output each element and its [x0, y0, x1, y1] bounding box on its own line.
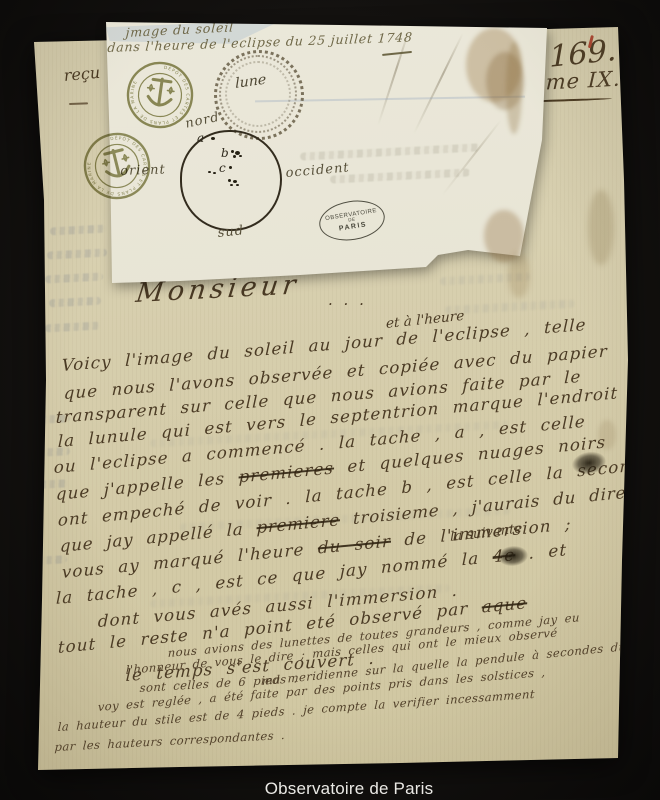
bleed-through-marks	[165, 261, 405, 282]
postscript-line: par les hauteurs correspondantes .	[54, 728, 285, 754]
volume-annotation: Tome IX.	[518, 67, 621, 96]
bleed-through-marks	[45, 322, 100, 333]
observatory-stamp: OBSERVATOIRE DE PARIS	[316, 196, 387, 245]
marine-anchor-stamp-icon: DÉPÔT DES CARTES ET PLANS DE LA MARINE	[120, 55, 199, 134]
bleed-through-marks	[330, 168, 470, 183]
observatory-stamp-text: OBSERVATOIRE	[325, 207, 378, 222]
letter-line: la lunule qui est vers le septentrion ma…	[58, 383, 619, 451]
sunspot-label-a: a	[197, 131, 204, 145]
bleed-through-marks	[150, 584, 450, 608]
sunspot	[233, 180, 237, 183]
crease-line	[413, 33, 463, 134]
bleed-through-marks	[445, 300, 575, 315]
moon-circle-inner	[225, 61, 291, 127]
moon-circle-inner	[219, 55, 297, 133]
letter-line: la tache , c , est ce que jay nommé la 4…	[56, 540, 567, 608]
letter-line: ont empeché de voir . la tache b , est c…	[58, 452, 660, 530]
compass-south-label: sud	[217, 223, 245, 241]
letter-line: vous ay marqué l'heure du soir de l'imme…	[62, 514, 572, 582]
sunspot	[228, 179, 231, 182]
paper-discoloration	[106, 20, 286, 44]
letter-paper: reçu 169. Tome IX. Monsieur . . . et à l…	[0, 0, 660, 800]
letter-line: Voicy l'image du soleil au jour de l'ecl…	[61, 315, 586, 375]
sunspot	[235, 151, 240, 155]
sunspot	[236, 184, 239, 186]
stain	[598, 420, 616, 450]
ink-underline	[382, 51, 412, 56]
salutation: Monsieur	[134, 270, 301, 309]
ink-blot	[570, 449, 607, 477]
letter-line: dont vous avés aussi l'immersion .	[98, 581, 459, 631]
bleed-through-marks	[38, 447, 70, 457]
letter-line: le temps s'est couvert .	[125, 649, 375, 685]
moon-label: lune	[235, 72, 267, 92]
crease-line	[442, 120, 502, 196]
sunspot	[239, 155, 242, 157]
postscript-line: la hauteur du stile est de 4 pieds . je …	[58, 687, 536, 734]
sunspot	[211, 137, 215, 140]
bleed-through-marks	[50, 225, 106, 236]
letter-line: que jay appellé la premiere troisieme , …	[60, 472, 660, 556]
bleed-through-marks	[37, 555, 67, 565]
letter-line: transparent sur celle que nous avions fa…	[55, 367, 581, 427]
note-caption-line1: jmage du soleil	[125, 19, 234, 40]
moon-circle	[214, 50, 304, 140]
ink-dash	[69, 102, 88, 105]
bleed-through-marks	[300, 143, 480, 160]
stain	[506, 42, 522, 134]
photo-caption: Observatoire de Paris	[19, 779, 660, 799]
folio-number: 169.	[549, 33, 617, 75]
interline-insertion: la suivante	[450, 521, 522, 545]
bleed-through-marks	[47, 248, 107, 259]
postscript-line: voy est reglée , a été faite par des poi…	[98, 665, 546, 714]
letter-line: tout le reste n'a point eté observé par …	[58, 593, 527, 657]
letter-line: que j'appelle les premieres et quelques …	[56, 433, 606, 504]
sunspot	[229, 166, 232, 169]
ink-blot	[497, 545, 529, 568]
observatory-stamp-text: DE	[348, 217, 356, 223]
postscript-line: ma meridienne sur la quelle la pendule à…	[262, 633, 660, 688]
note-paper: jmage du soleil dans l'heure de l'eclips…	[0, 0, 660, 800]
postscript-line: l'honneur de vous le dire ; mais celles …	[126, 626, 558, 677]
sunspot	[230, 184, 233, 186]
stain	[508, 252, 530, 298]
compass-west-label: occident	[285, 160, 350, 181]
sunspot-label-c: c	[219, 161, 226, 175]
received-annotation: reçu	[63, 63, 101, 85]
postscript-line: sont celles de 6 pieds .	[139, 671, 298, 695]
sunspot	[213, 172, 216, 174]
note-caption-line2: dans l'heure de l'eclipse du 25 juillet …	[107, 29, 413, 55]
ruled-line	[255, 96, 525, 102]
bleed-through-marks	[140, 242, 430, 265]
bleed-through-marks	[180, 506, 510, 531]
sunspot	[231, 150, 234, 153]
stain	[466, 28, 522, 102]
bleed-through-marks	[40, 479, 68, 488]
bleed-through-marks	[150, 421, 510, 448]
sun-circle	[180, 130, 282, 231]
letter-line: ou l'eclipse a commencé . la tache , a ,…	[54, 412, 586, 477]
compass-north-label: nord	[184, 110, 221, 132]
archive-photo: reçu 169. Tome IX. Monsieur . . . et à l…	[0, 0, 660, 800]
stain	[486, 52, 524, 110]
bleed-through-marks	[40, 414, 70, 424]
crease-line	[377, 30, 409, 126]
svg-text:DÉPÔT DES CARTES ET PLANS DE L: DÉPÔT DES CARTES ET PLANS DE LA MARINE	[125, 59, 194, 130]
interline-insertion: et à l'heure	[386, 308, 464, 332]
bleed-through-marks	[49, 297, 101, 308]
sunspot	[208, 171, 211, 173]
marine-anchor-stamp-icon: DÉPÔT DES CARTES ET PLANS DE LA MARINE	[75, 124, 160, 209]
ink-underline	[516, 98, 612, 103]
letter-line: que nous l'avons observée et copiée avec…	[63, 342, 608, 403]
postscript-line: nous avions des lunettes de toutes grand…	[168, 610, 580, 660]
salutation-dots: . . .	[328, 291, 367, 309]
stain	[588, 190, 614, 265]
red-mark	[588, 35, 594, 48]
bleed-through-marks	[45, 272, 103, 283]
sunspot	[233, 155, 236, 158]
sunspot-label-b: b	[221, 146, 229, 160]
observatory-stamp-text: PARIS	[338, 220, 367, 232]
